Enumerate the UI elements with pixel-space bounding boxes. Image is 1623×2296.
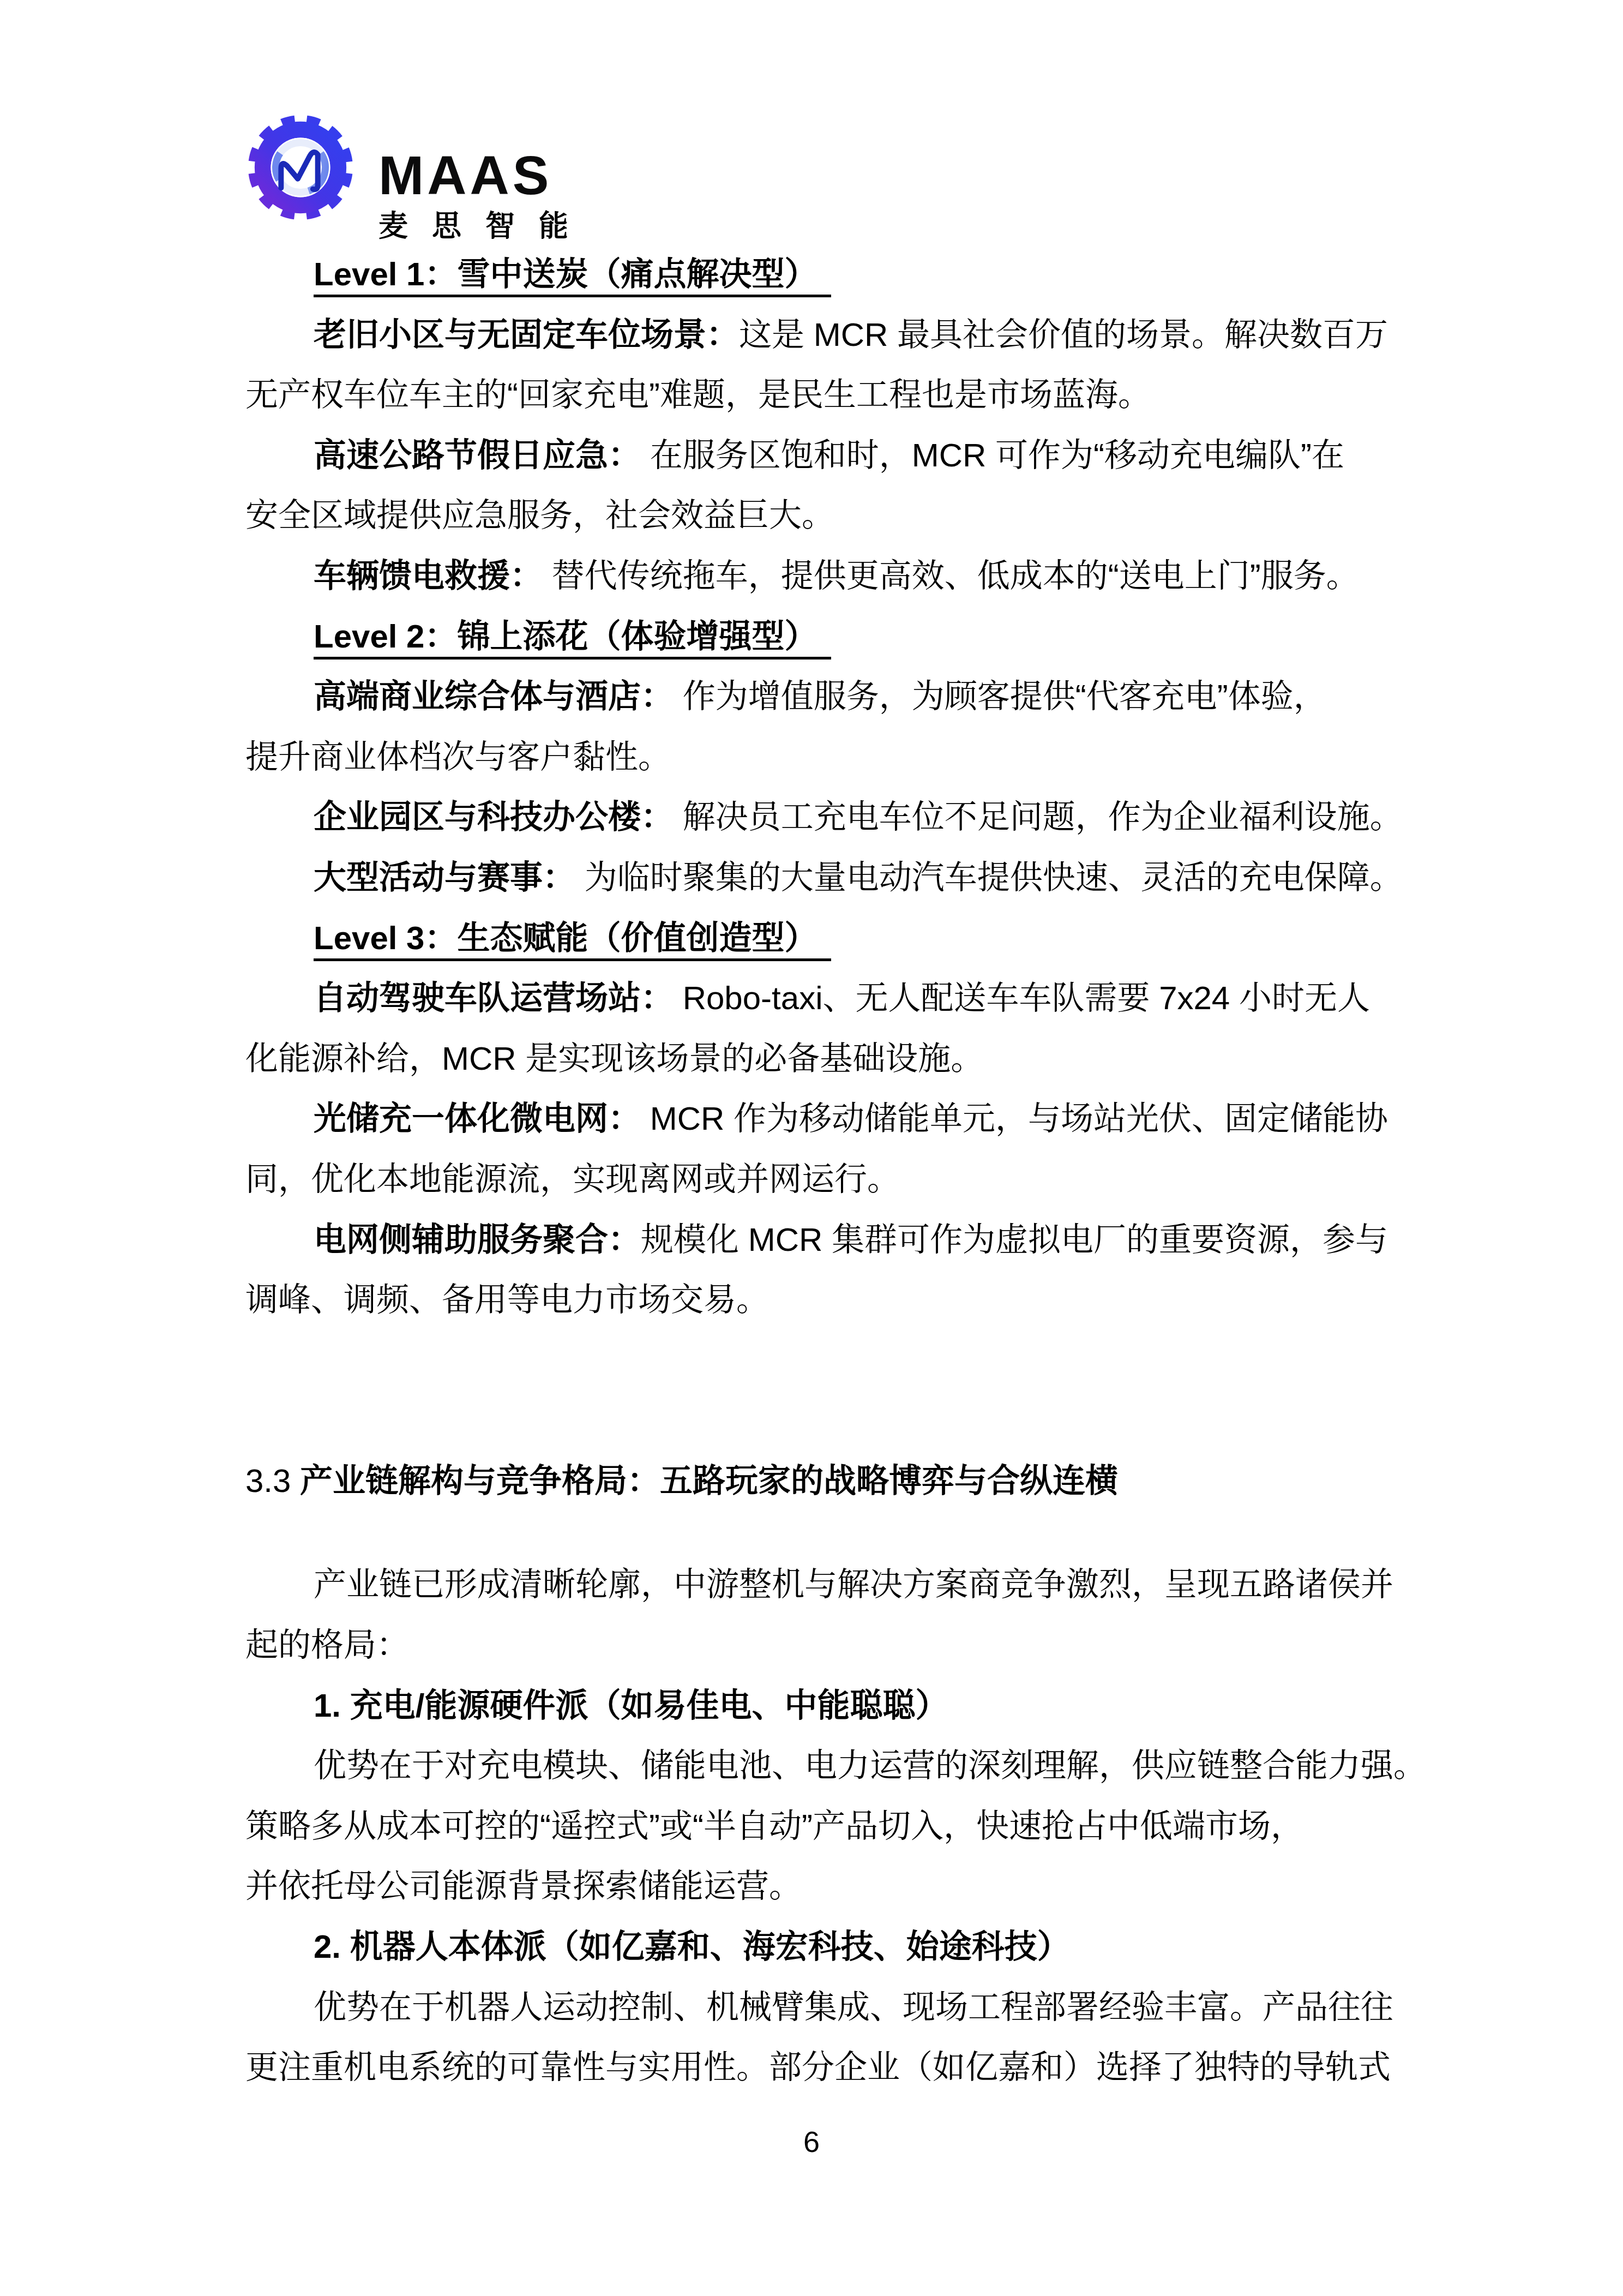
text-segment: 优势在于对充电模块、储能电池、电力运营的深刻理解，供应链整合能力强。 — [314, 1747, 1426, 1784]
text-segment: 在服务区饱和时，MCR 可作为“移动充电编队”在 — [641, 437, 1344, 473]
text-segment: Robo-taxi、无人配送车车队需要 7x24 小时无人 — [674, 980, 1370, 1016]
text-segment: 规模化 MCR 集群可作为虚拟电厂的重要资源，参与 — [641, 1221, 1388, 1258]
paragraph-line: 高端商业综合体与酒店： 作为增值服务，为顾客提供“代客充电”体验， — [245, 667, 1386, 727]
document-body: Level 1：雪中送炭（痛点解决型）老旧小区与无固定车位场景：这是 MCR 最… — [245, 244, 1386, 2098]
paragraph-line: 自动驾驶车队运营场站： Robo-taxi、无人配送车车队需要 7x24 小时无… — [245, 968, 1386, 1029]
text-segment: 产业链已形成清晰轮廓，中游整机与解决方案商竞争激烈，呈现五路诸侯并 — [314, 1566, 1393, 1603]
text-segment: 解决员工充电车位不足问题，作为企业福利设施。 — [674, 799, 1403, 835]
company-logo: MAAS 麦思智能 — [247, 113, 592, 241]
text-segment — [245, 1342, 255, 1378]
bold-text-segment: 高速公路节假日应急： — [314, 437, 641, 473]
text-segment: 安全区域提供应急服务，社会效益巨大。 — [245, 497, 834, 533]
bold-text-segment: 产业链解构与竞争格局：五路玩家的战略博弈与合纵连横 — [300, 1462, 1118, 1499]
underlined-heading-text: Level 2：锦上添花（体验增强型） — [314, 618, 831, 660]
paragraph-line: 车辆馈电救援： 替代传统拖车，提供更高效、低成本的“送电上门”服务。 — [245, 546, 1386, 607]
bold-text-segment: Level 3：生态赋能（价值创造型） — [314, 920, 817, 956]
text-segment: 无产权车位车主的“回家充电”难题，是民生工程也是市场蓝海。 — [245, 376, 1151, 413]
text-segment: MCR 作为移动储能单元，与场站光伏、固定储能协 — [641, 1100, 1388, 1137]
paragraph-line: 提升商业体档次与客户黏性。 — [245, 727, 1386, 788]
paragraph-line: 老旧小区与无固定车位场景：这是 MCR 最具社会价值的场景。解决数百万 — [245, 305, 1386, 365]
bold-text-segment: Level 1：雪中送炭（痛点解决型） — [314, 256, 817, 292]
section-heading-3-3: 3.3 产业链解构与竞争格局：五路玩家的战略博弈与合纵连横 — [245, 1451, 1386, 1512]
gear-m-monogram-icon — [247, 113, 354, 221]
logo-text-block: MAAS 麦思智能 — [378, 113, 592, 241]
heading-level-3: Level 3：生态赋能（价值创造型） — [245, 908, 1386, 969]
bold-text-segment: Level 2：锦上添花（体验增强型） — [314, 618, 817, 655]
underlined-heading-text: Level 3：生态赋能（价值创造型） — [314, 920, 831, 961]
paragraph-line: 无产权车位车主的“回家充电”难题，是民生工程也是市场蓝海。 — [245, 365, 1386, 425]
paragraph-line: 更注重机电系统的可靠性与实用性。部分企业（如亿嘉和）选择了独特的导轨式 — [245, 2037, 1386, 2098]
bold-text-segment: 车辆馈电救援： — [314, 557, 543, 594]
text-segment: 优势在于机器人运动控制、机械臂集成、现场工程部署经验丰富。产品往往 — [314, 1989, 1393, 2025]
bold-text-segment: 企业园区与科技办公楼： — [314, 799, 674, 835]
brand-name: MAAS — [378, 148, 592, 203]
text-segment: 3.3 — [245, 1462, 300, 1499]
paragraph-line: 大型活动与赛事： 为临时聚集的大量电动汽车提供快速、灵活的充电保障。 — [245, 848, 1386, 908]
paragraph-line: 企业园区与科技办公楼： 解决员工充电车位不足问题，作为企业福利设施。 — [245, 787, 1386, 848]
paragraph-line: 策略多从成本可控的“遥控式”或“半自动”产品切入，快速抢占中低端市场， — [245, 1796, 1386, 1857]
subheading-player-1: 1. 充电/能源硬件派（如易佳电、中能聪聪） — [245, 1676, 1386, 1736]
page-number: 6 — [0, 2125, 1623, 2159]
text-segment: 策略多从成本可控的“遥控式”或“半自动”产品切入，快速抢占中低端市场， — [245, 1808, 1303, 1844]
blank-line — [245, 1390, 1386, 1451]
text-segment: 作为增值服务，为顾客提供“代客充电”体验， — [674, 678, 1326, 715]
paragraph-line: 电网侧辅助服务聚合：规模化 MCR 集群可作为虚拟电厂的重要资源，参与 — [245, 1210, 1386, 1270]
document-page: MAAS 麦思智能 Level 1：雪中送炭（痛点解决型）老旧小区与无固定车位场… — [0, 0, 1623, 2296]
paragraph-line: 化能源补给，MCR 是实现该场景的必备基础设施。 — [245, 1029, 1386, 1089]
heading-level-1: Level 1：雪中送炭（痛点解决型） — [245, 244, 1386, 305]
bold-text-segment: 光储充一体化微电网： — [314, 1100, 641, 1137]
text-segment: 为临时聚集的大量电动汽车提供快速、灵活的充电保障。 — [575, 859, 1403, 896]
paragraph-line: 优势在于机器人运动控制、机械臂集成、现场工程部署经验丰富。产品往往 — [245, 1977, 1386, 2038]
text-segment: 更注重机电系统的可靠性与实用性。部分企业（如亿嘉和）选择了独特的导轨式 — [245, 2049, 1391, 2085]
bold-text-segment: 大型活动与赛事： — [314, 859, 575, 896]
text-segment: 起的格局： — [245, 1627, 409, 1663]
paragraph-line: 光储充一体化微电网： MCR 作为移动储能单元，与场站光伏、固定储能协 — [245, 1089, 1386, 1149]
text-segment: 化能源补给，MCR 是实现该场景的必备基础设施。 — [245, 1040, 983, 1077]
bold-text-segment: 自动驾驶车队运营场站： — [314, 980, 674, 1016]
text-segment — [245, 1402, 255, 1438]
bold-text-segment: 2. 机器人本体派（如亿嘉和、海宏科技、始途科技） — [314, 1928, 1070, 1965]
text-segment: 调峰、调频、备用等电力市场交易。 — [245, 1281, 769, 1318]
brand-name-chinese: 麦思智能 — [378, 212, 592, 241]
paragraph-line: 并依托母公司能源背景探索储能运营。 — [245, 1856, 1386, 1917]
text-segment: 提升商业体档次与客户黏性。 — [245, 739, 671, 775]
text-segment: 替代传统拖车，提供更高效、低成本的“送电上门”服务。 — [543, 557, 1359, 594]
paragraph-line: 高速公路节假日应急： 在服务区饱和时，MCR 可作为“移动充电编队”在 — [245, 425, 1386, 486]
blank-line — [245, 1330, 1386, 1391]
paragraph-line: 安全区域提供应急服务，社会效益巨大。 — [245, 485, 1386, 546]
subheading-player-2: 2. 机器人本体派（如亿嘉和、海宏科技、始途科技） — [245, 1917, 1386, 1977]
paragraph-line: 产业链已形成清晰轮廓，中游整机与解决方案商竞争激烈，呈现五路诸侯并 — [245, 1555, 1386, 1615]
bold-text-segment: 1. 充电/能源硬件派（如易佳电、中能聪聪） — [314, 1687, 948, 1724]
text-segment: 这是 MCR 最具社会价值的场景。解决数百万 — [739, 316, 1388, 353]
paragraph-line: 调峰、调频、备用等电力市场交易。 — [245, 1270, 1386, 1330]
text-segment: 同，优化本地能源流，实现离网或并网运行。 — [245, 1161, 900, 1197]
text-segment: 并依托母公司能源背景探索储能运营。 — [245, 1868, 802, 1904]
underlined-heading-text: Level 1：雪中送炭（痛点解决型） — [314, 256, 831, 297]
paragraph-line: 起的格局： — [245, 1615, 1386, 1676]
paragraph-line: 优势在于对充电模块、储能电池、电力运营的深刻理解，供应链整合能力强。 — [245, 1736, 1386, 1796]
paragraph-line: 同，优化本地能源流，实现离网或并网运行。 — [245, 1149, 1386, 1210]
heading-level-2: Level 2：锦上添花（体验增强型） — [245, 607, 1386, 667]
bold-text-segment: 老旧小区与无固定车位场景： — [314, 316, 739, 353]
bold-text-segment: 电网侧辅助服务聚合： — [314, 1221, 641, 1258]
bold-text-segment: 高端商业综合体与酒店： — [314, 678, 674, 715]
